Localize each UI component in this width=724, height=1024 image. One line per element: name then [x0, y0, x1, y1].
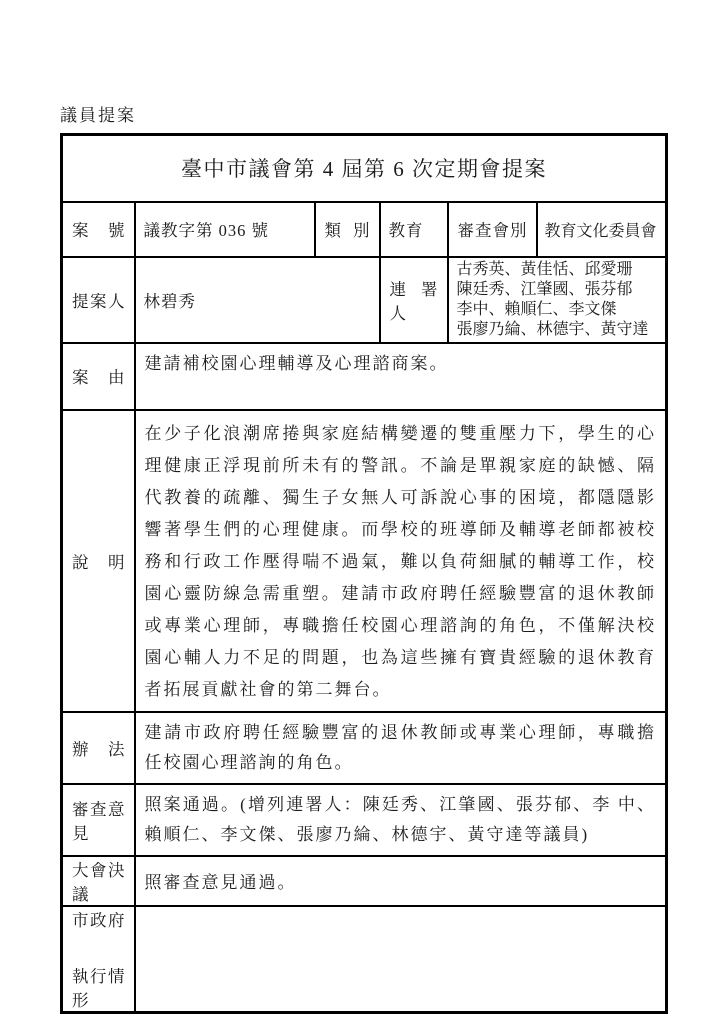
- execution-label: 市政府 執行情形: [62, 906, 135, 1013]
- subject-label: 案由: [62, 343, 135, 410]
- assembly-resolution-value: 照審查意見通過。: [135, 856, 667, 906]
- proposer-row: 提案人 林碧秀 連署人 古秀英、黃佳恬、邱愛珊 陳廷秀、江肇國、張芬郁 李中、賴…: [62, 257, 667, 343]
- execution-label-line1: 市政府: [72, 907, 125, 931]
- subject-row: 案由 建請補校園心理輔導及心理諮商案。: [62, 343, 667, 410]
- execution-label-line2: 執行情形: [72, 963, 125, 1011]
- method-label: 辦法: [62, 712, 135, 784]
- proposer-value: 林碧秀: [135, 257, 380, 343]
- category-label: 類別: [315, 202, 380, 257]
- subject-value: 建請補校園心理輔導及心理諮商案。: [135, 343, 667, 410]
- proposal-table: 臺中市議會第 4 屆第 6 次定期會提案 案號 議教字第 036 號 類別 教育…: [60, 133, 668, 1014]
- explanation-label: 說明: [62, 410, 135, 712]
- cosigners-label: 連署人: [380, 257, 448, 343]
- assembly-resolution-row: 大會決議 照審查意見通過。: [62, 856, 667, 906]
- title-row: 臺中市議會第 4 屆第 6 次定期會提案: [62, 135, 667, 202]
- assembly-resolution-label: 大會決議: [62, 856, 135, 906]
- page-title: 臺中市議會第 4 屆第 6 次定期會提案: [62, 135, 667, 202]
- case-number-value: 議教字第 036 號: [135, 202, 315, 257]
- review-opinion-value: 照案通過。(增列連署人：陳廷秀、江肇國、張芬郁、李 中、賴順仁、李文傑、張廖乃綸…: [135, 784, 667, 856]
- method-value: 建請市政府聘任經驗豐富的退休教師或專業心理師，專職擔任校園心理諮詢的角色。: [135, 712, 667, 784]
- review-opinion-row: 審查意見 照案通過。(增列連署人：陳廷秀、江肇國、張芬郁、李 中、賴順仁、李文傑…: [62, 784, 667, 856]
- review-opinion-label: 審查意見: [62, 784, 135, 856]
- review-committee-value: 教育文化委員會: [537, 202, 667, 257]
- case-number-row: 案號 議教字第 036 號 類別 教育 審查會別 教育文化委員會: [62, 202, 667, 257]
- doc-type-label: 議員提案: [60, 101, 136, 126]
- execution-row: 市政府 執行情形: [62, 906, 667, 1013]
- document-page: 議員提案 臺中市議會第 4 屆第 6 次定期會提案 案號 議教字第 036 號 …: [0, 0, 724, 1024]
- cosigners-value: 古秀英、黃佳恬、邱愛珊 陳廷秀、江肇國、張芬郁 李中、賴順仁、李文傑 張廖乃綸、…: [448, 257, 667, 343]
- explanation-row: 說明 在少子化浪潮席捲與家庭結構變遷的雙重壓力下，學生的心理健康正浮現前所未有的…: [62, 410, 667, 712]
- review-committee-label: 審查會別: [448, 202, 537, 257]
- explanation-value: 在少子化浪潮席捲與家庭結構變遷的雙重壓力下，學生的心理健康正浮現前所未有的警訊。…: [135, 410, 667, 712]
- case-number-label: 案號: [62, 202, 135, 257]
- execution-value: [135, 906, 667, 1013]
- category-value: 教育: [380, 202, 448, 257]
- proposer-label: 提案人: [62, 257, 135, 343]
- method-row: 辦法 建請市政府聘任經驗豐富的退休教師或專業心理師，專職擔任校園心理諮詢的角色。: [62, 712, 667, 784]
